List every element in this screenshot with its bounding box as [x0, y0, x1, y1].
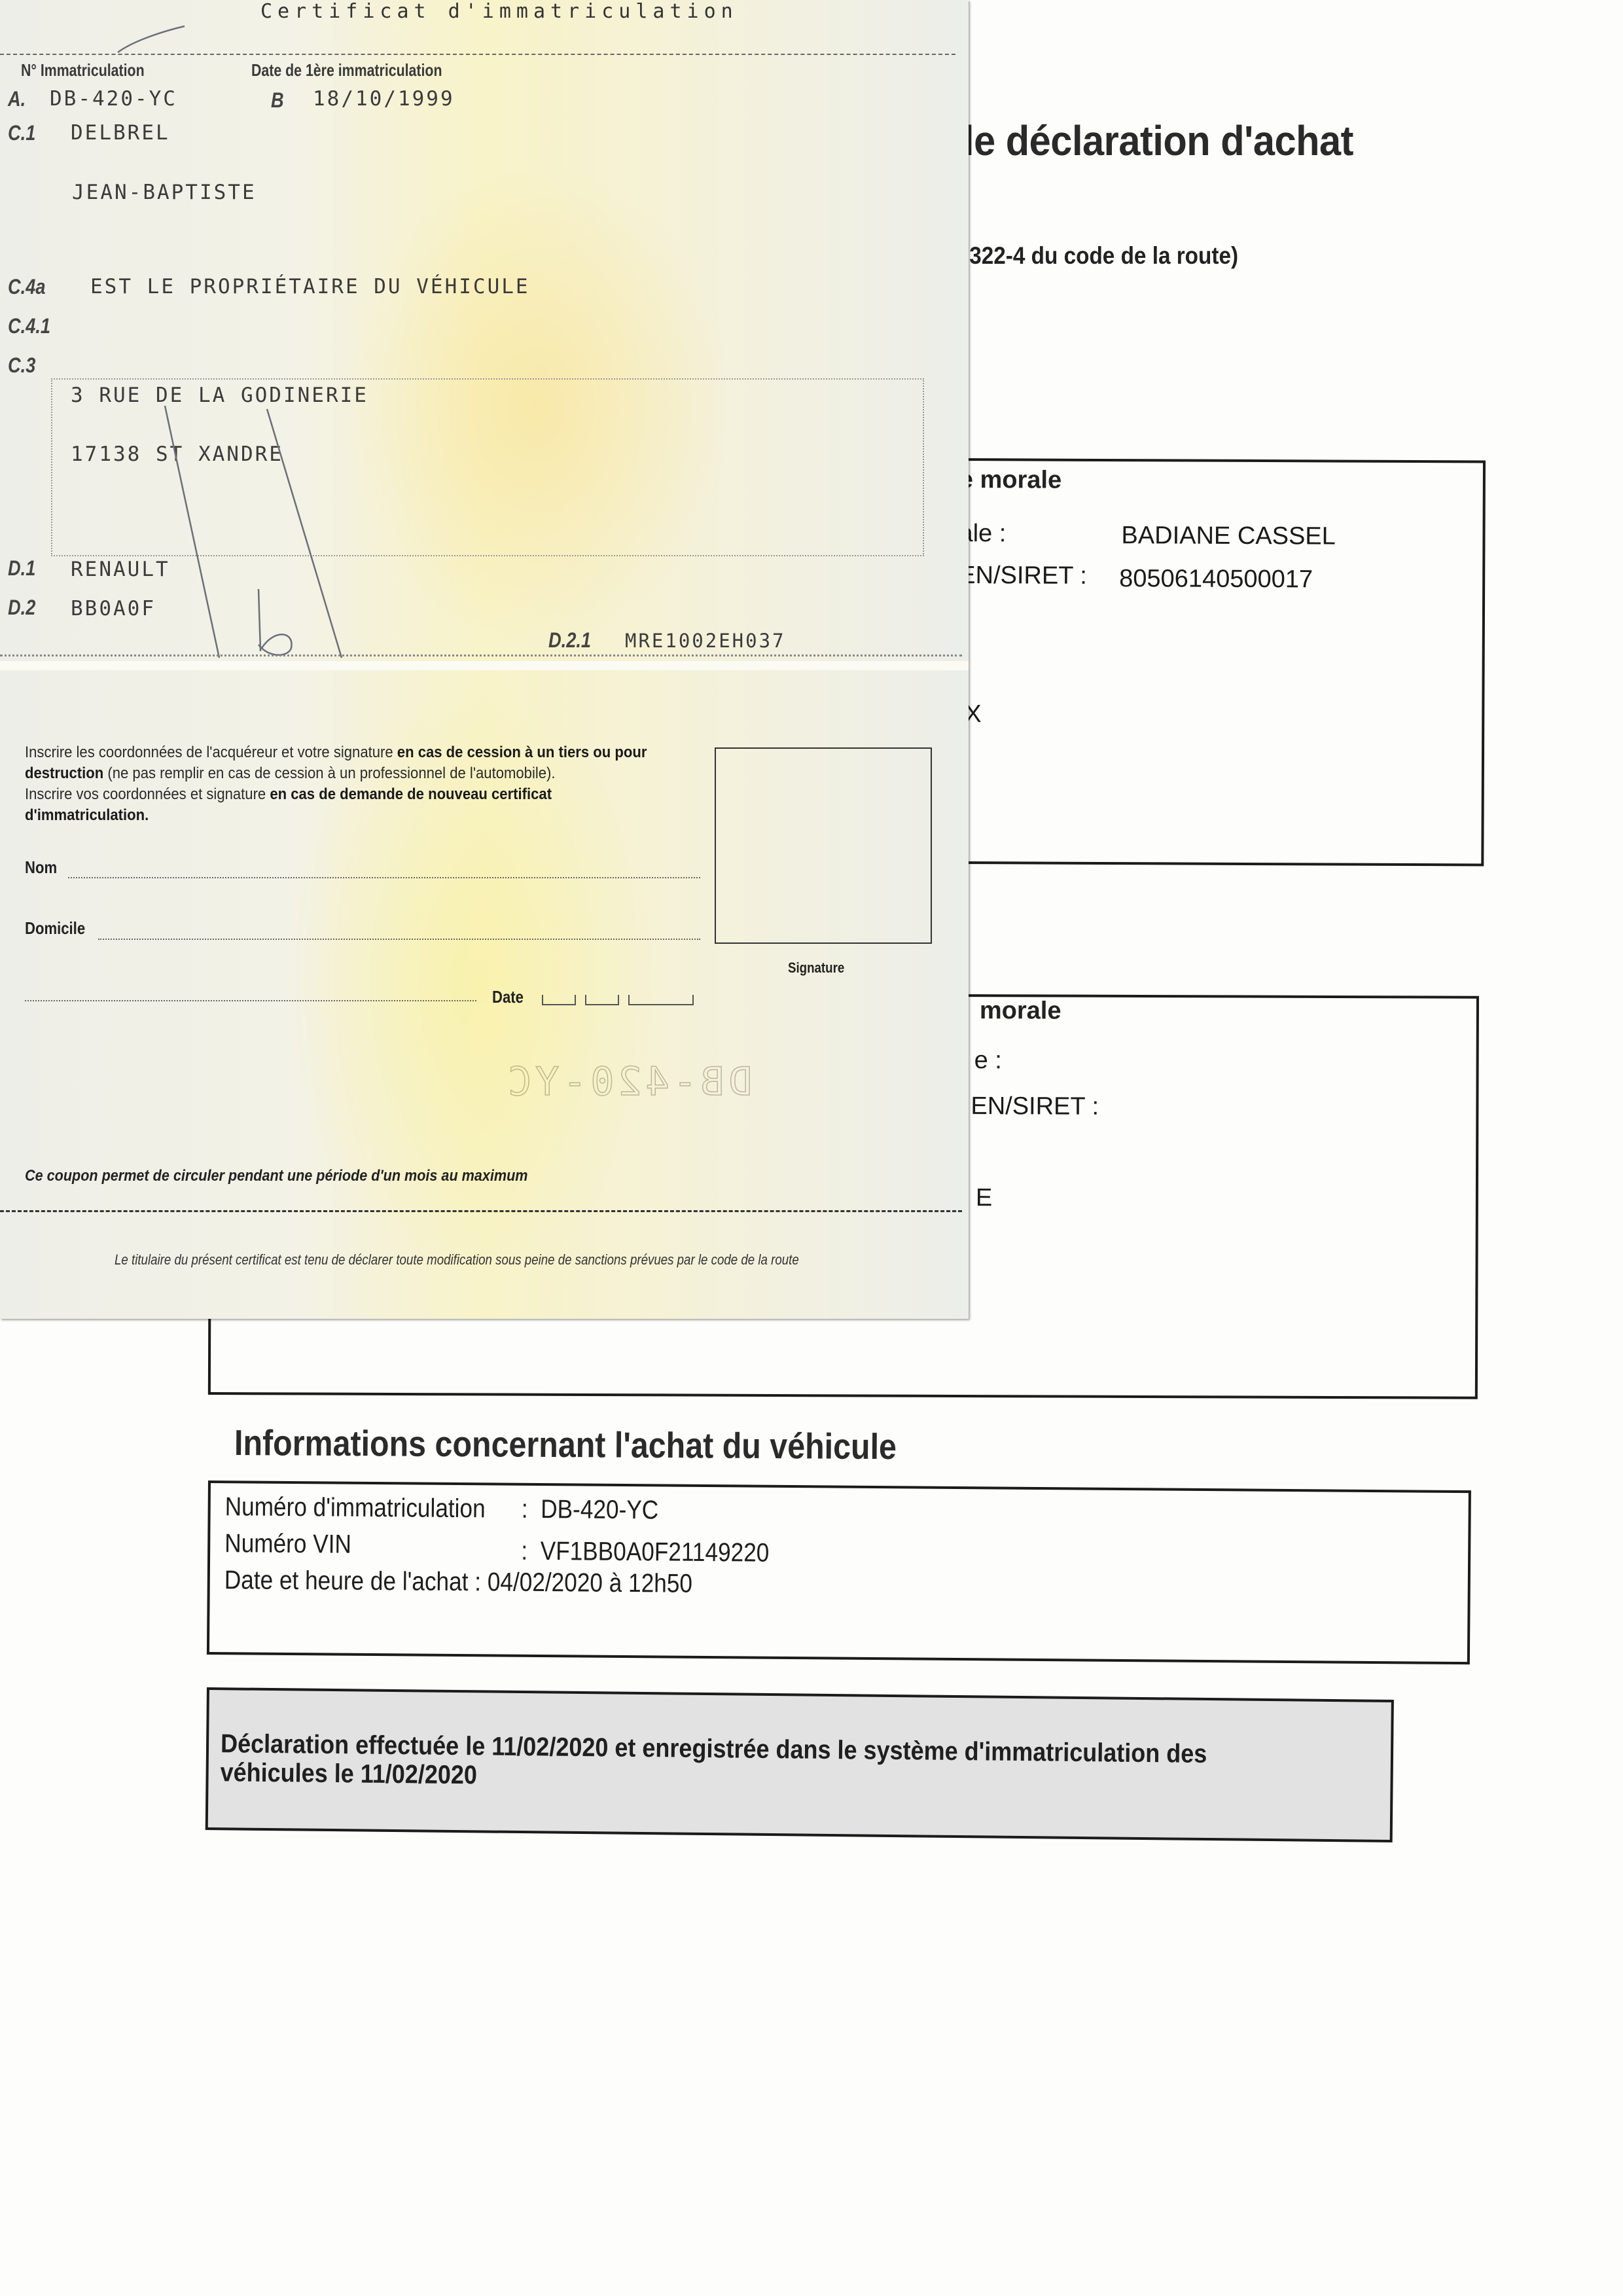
- second-row-partial: E: [976, 1184, 993, 1212]
- date-day-box[interactable]: [542, 995, 576, 1005]
- signature-box[interactable]: [715, 747, 932, 944]
- signature-label: Signature: [788, 960, 844, 977]
- purchase-row-vin: Numéro VIN : VF1BB0A0F21149220: [224, 1529, 351, 1560]
- certificate-footer-note: Le titulaire du présent certificat est t…: [115, 1251, 799, 1268]
- declaration-subtitle: .322-4 du code de la route): [963, 242, 1238, 270]
- coupon-validity-note: Ce coupon permet de circuler pendant une…: [25, 1167, 527, 1185]
- acquirer-box-heading: e morale: [959, 466, 1061, 495]
- date-year-box[interactable]: [628, 995, 694, 1005]
- tear-perforation: [0, 655, 962, 656]
- purchase-plate-value: : DB-420-YC: [522, 1495, 659, 1526]
- date-place-field[interactable]: [25, 1000, 476, 1001]
- purchase-date-value: 04/02/2020 à 12h50: [488, 1568, 693, 1598]
- registration-notice-text: Déclaration effectuée le 11/02/2020 et e…: [220, 1729, 1281, 1798]
- declaration-title: le déclaration d'achat: [963, 117, 1353, 165]
- date-month-box[interactable]: [585, 995, 619, 1005]
- acquirer-siret-label: EN/SIRET :: [959, 562, 1087, 590]
- pen-strike-marks: [0, 0, 969, 668]
- coupon-cut-line: [0, 1210, 962, 1212]
- date-input-boxes[interactable]: [542, 995, 694, 1005]
- second-box-heading: morale: [980, 997, 1061, 1025]
- second-siret-label: EN/SIRET :: [971, 1092, 1099, 1121]
- second-name-label: e :: [974, 1047, 1002, 1075]
- domicile-label: Domicile: [25, 918, 85, 939]
- coupon-separator: [0, 661, 969, 670]
- nom-label: Nom: [25, 857, 57, 878]
- registration-notice-box: Déclaration effectuée le 11/02/2020 et e…: [205, 1687, 1394, 1842]
- purchase-date-label: Date et heure de l'achat :: [224, 1566, 482, 1596]
- registration-certificate-card: Certificat d'immatriculation N° Immatric…: [0, 0, 969, 1319]
- domicile-field[interactable]: [98, 939, 700, 940]
- acquirer-name-value: BADIANE CASSEL: [1121, 522, 1336, 550]
- purchase-row-plate: Numéro d'immatriculation : DB-420-YC: [225, 1492, 486, 1524]
- purchase-info-box: Numéro d'immatriculation : DB-420-YC Num…: [207, 1480, 1471, 1664]
- acquirer-siret-value: 80506140500017: [1119, 565, 1313, 594]
- date-label: Date: [492, 987, 524, 1007]
- coupon-instructions: Inscrire les coordonnées de l'acquéreur …: [25, 742, 663, 826]
- purchase-vin-value: : VF1BB0A0F21149220: [521, 1537, 769, 1568]
- nom-field[interactable]: [68, 877, 700, 878]
- purchase-plate-label: Numéro d'immatriculation: [225, 1492, 486, 1523]
- purchase-info-title: Informations concernant l'achat du véhic…: [234, 1422, 897, 1467]
- purchase-row-date: Date et heure de l'achat : 04/02/2020 à …: [224, 1566, 693, 1599]
- perforated-plate-number: DB-420-YC: [504, 1059, 752, 1105]
- purchase-vin-label: Numéro VIN: [224, 1529, 351, 1559]
- acquirer-box: e morale ale : BADIANE CASSEL EN/SIRET :…: [955, 458, 1486, 867]
